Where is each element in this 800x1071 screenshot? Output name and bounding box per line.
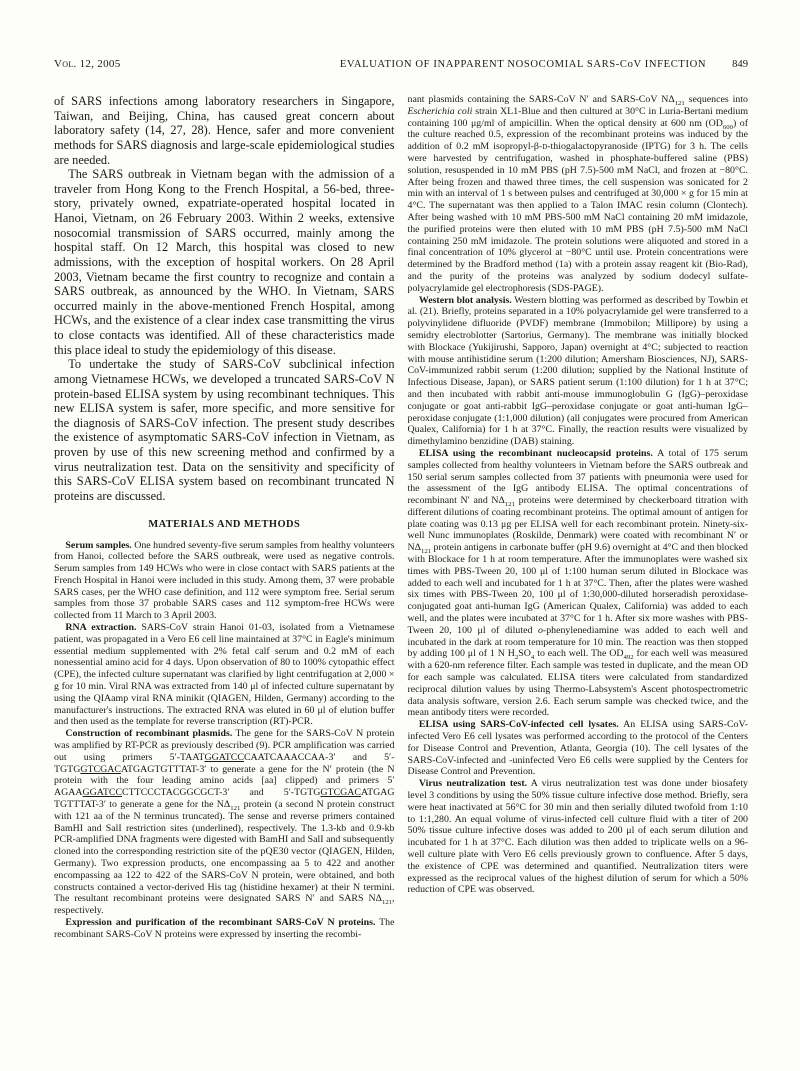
paragraph: The SARS outbreak in Vietnam began with … xyxy=(54,167,395,357)
journal-page: Vol. 12, 2005 EVALUATION OF INAPPARENT N… xyxy=(0,0,800,1071)
paragraph-label: Serum samples. xyxy=(65,540,131,551)
paragraph: Construction of recombinant plasmids. Th… xyxy=(54,728,395,917)
paragraph-label: Expression and purification of the recom… xyxy=(65,917,375,928)
paragraph: Western blot analysis. Western blotting … xyxy=(408,295,749,448)
section-heading-materials-and-methods: MATERIALS AND METHODS xyxy=(54,519,395,530)
running-head-title: EVALUATION OF INAPPARENT NOSOCOMIAL SARS… xyxy=(340,59,706,70)
page-header: Vol. 12, 2005 EVALUATION OF INAPPARENT N… xyxy=(54,58,748,70)
paragraph-label: ELISA using SARS-CoV-infected cell lysat… xyxy=(419,719,619,730)
paragraph: of SARS infections among laboratory rese… xyxy=(54,94,395,167)
left-column: of SARS infections among laboratory rese… xyxy=(54,94,395,941)
paragraph: ELISA using SARS-CoV-infected cell lysat… xyxy=(408,719,749,778)
paragraph-label: Virus neutralization test. xyxy=(419,778,527,789)
paragraph: Serum samples. One hundred seventy-five … xyxy=(54,540,395,623)
page-number: 849 xyxy=(732,59,748,70)
paragraph-label: ELISA using the recombinant nucleocapsid… xyxy=(419,448,653,459)
paragraph: nant plasmids containing the SARS-CoV N′… xyxy=(408,94,749,295)
paragraph: Virus neutralization test. A virus neutr… xyxy=(408,778,749,896)
journal-volume-line: Vol. 12, 2005 xyxy=(54,58,121,70)
paragraph: ELISA using the recombinant nucleocapsid… xyxy=(408,448,749,719)
introduction-text: of SARS infections among laboratory rese… xyxy=(54,94,395,504)
methods-text-left: Serum samples. One hundred seventy-five … xyxy=(54,540,395,941)
paragraph-label: Western blot analysis. xyxy=(419,295,512,306)
right-column: nant plasmids containing the SARS-CoV N′… xyxy=(408,94,749,941)
paragraph: To undertake the study of SARS-CoV subcl… xyxy=(54,357,395,503)
methods-text-right: nant plasmids containing the SARS-CoV N′… xyxy=(408,94,749,896)
two-column-body: of SARS infections among laboratory rese… xyxy=(54,94,748,941)
paragraph-label: RNA extraction. xyxy=(65,622,136,633)
paragraph-label: Construction of recombinant plasmids. xyxy=(65,728,232,739)
paragraph: RNA extraction. SARS-CoV strain Hanoi 01… xyxy=(54,622,395,728)
paragraph: Expression and purification of the recom… xyxy=(54,917,395,941)
